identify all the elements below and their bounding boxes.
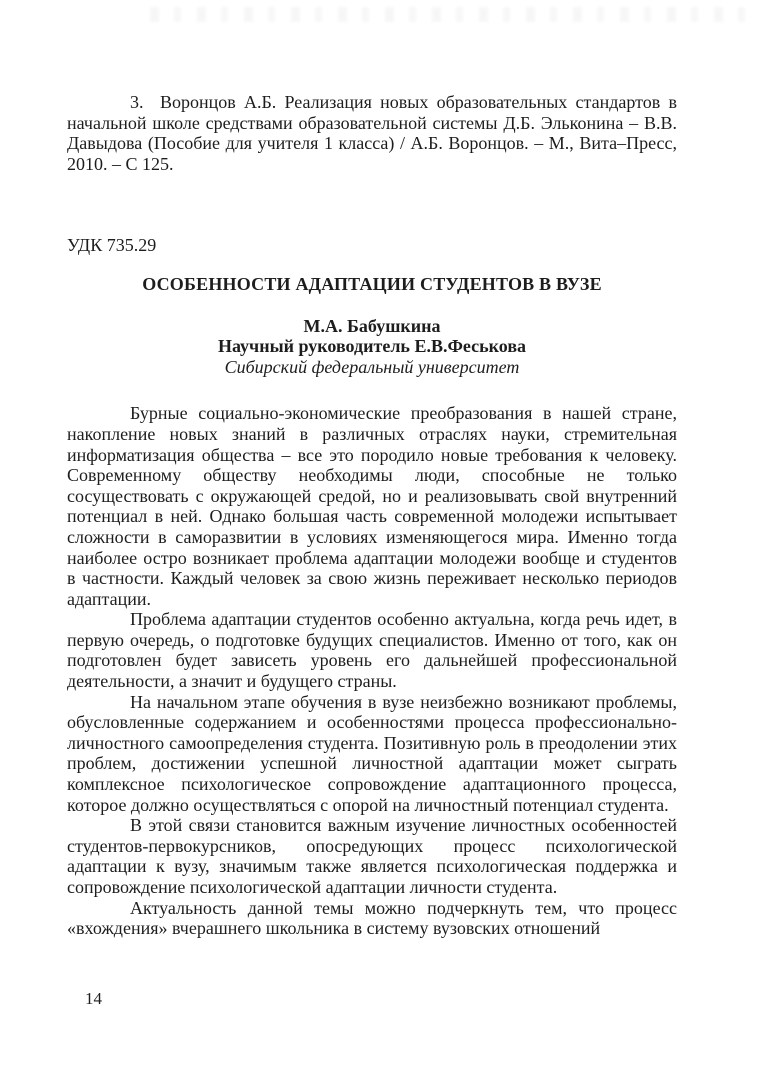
byline-block: М.А. Бабушкина Научный руководитель Е.В.… bbox=[67, 316, 677, 378]
scan-artifact bbox=[150, 7, 752, 22]
article-body: Бурные социально-экономические преобразо… bbox=[67, 403, 677, 938]
reference-entry: 3. Воронцов А.Б. Реализация новых образо… bbox=[67, 92, 677, 174]
body-paragraph: На начальном этапе обучения в вузе неизб… bbox=[67, 692, 677, 816]
udc-code: УДК 735.29 bbox=[67, 235, 677, 256]
page-number: 14 bbox=[85, 989, 102, 1010]
body-paragraph: Бурные социально-экономические преобразо… bbox=[67, 403, 677, 609]
document-page: 3. Воронцов А.Б. Реализация новых образо… bbox=[0, 0, 764, 1080]
body-paragraph: Проблема адаптации студентов особенно ак… bbox=[67, 609, 677, 691]
supervisor-line: Научный руководитель Е.В.Феськова bbox=[67, 336, 677, 357]
affiliation-line: Сибирский федеральный университет bbox=[67, 357, 677, 378]
body-paragraph: В этой связи становится важным изучение … bbox=[67, 815, 677, 897]
article-title: ОСОБЕННОСТИ АДАПТАЦИИ СТУДЕНТОВ В ВУЗЕ bbox=[67, 274, 677, 295]
author-name: М.А. Бабушкина bbox=[67, 316, 677, 337]
body-paragraph: Актуальность данной темы можно подчеркну… bbox=[67, 898, 677, 939]
